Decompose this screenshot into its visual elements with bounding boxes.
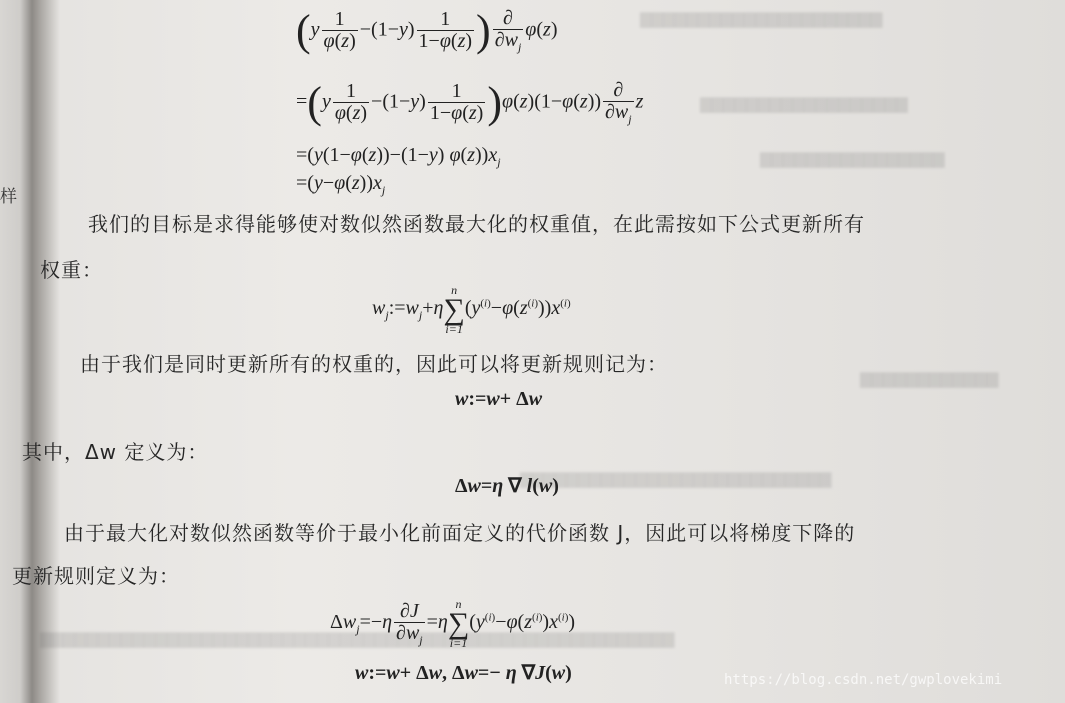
bleed-through-text: ▇▇▇▇▇▇▇▇▇▇▇▇▇▇▇▇: [760, 150, 945, 168]
derivation-line-1: (y1φ(z)−(1−y)11−φ(z))∂∂wjφ(z): [296, 8, 558, 54]
bleed-through-text: ▇▇▇▇▇▇▇▇▇▇▇▇▇▇▇▇▇▇▇▇▇: [640, 10, 882, 28]
paragraph-3: 其中，Δw 定义为：: [22, 436, 208, 465]
textbook-page-photo: ▇▇▇▇▇▇▇▇▇▇▇▇▇▇▇▇▇▇▇▇▇ ▇▇▇▇▇▇▇▇▇▇▇▇▇▇▇▇▇▇…: [0, 0, 1065, 703]
equation-update-w: w:=w+ Δw: [455, 388, 542, 411]
paragraph-4-line-1: 由于最大化对数似然函数等价于最小化前面定义的代价函数 J，因此可以将梯度下降的: [64, 517, 855, 546]
watermark: https://blog.csdn.net/gwplovekimi: [724, 672, 1002, 688]
equation-update-wj: wj:=wj+ηn∑i=1(y(i)−φ(z(i)))x(i): [372, 284, 571, 335]
derivation-line-4: =(y−φ(z))xj: [296, 172, 385, 198]
bleed-through-text: ▇▇▇▇▇▇▇▇▇▇▇▇: [860, 370, 998, 388]
margin-character: 样: [0, 182, 17, 207]
bleed-through-text: ▇▇▇▇▇▇▇▇▇▇▇▇▇▇▇▇▇▇: [700, 95, 908, 113]
equation-gradient-descent-w: w:=w+ Δw, Δw=− η ∇J(w): [355, 660, 572, 685]
paragraph-1-line-1: 我们的目标是求得能够使对数似然函数最大化的权重值，在此需按如下公式更新所有: [88, 208, 865, 237]
bleed-through-text: ▇▇▇▇▇▇▇▇▇▇▇▇▇▇▇▇▇▇▇▇▇▇▇▇▇▇▇: [520, 470, 831, 488]
equation-delta-w: Δw=η ∇ l(w): [455, 473, 559, 498]
paragraph-4-line-2: 更新规则定义为：: [12, 560, 180, 589]
equation-gradient-descent-wj: Δwj=−η∂J∂wj=ηn∑i=1(y(i)−φ(z(i))x(i)): [330, 598, 575, 649]
paragraph-1-line-2: 权重：: [40, 254, 103, 283]
derivation-line-3: =(y(1−φ(z))−(1−y) φ(z))xj: [296, 144, 501, 170]
paragraph-2: 由于我们是同时更新所有的权重的，因此可以将更新规则记为：: [80, 348, 668, 377]
derivation-line-2: =(y1φ(z)−(1−y)11−φ(z))φ(z)(1−φ(z))∂∂wjz: [296, 80, 643, 126]
